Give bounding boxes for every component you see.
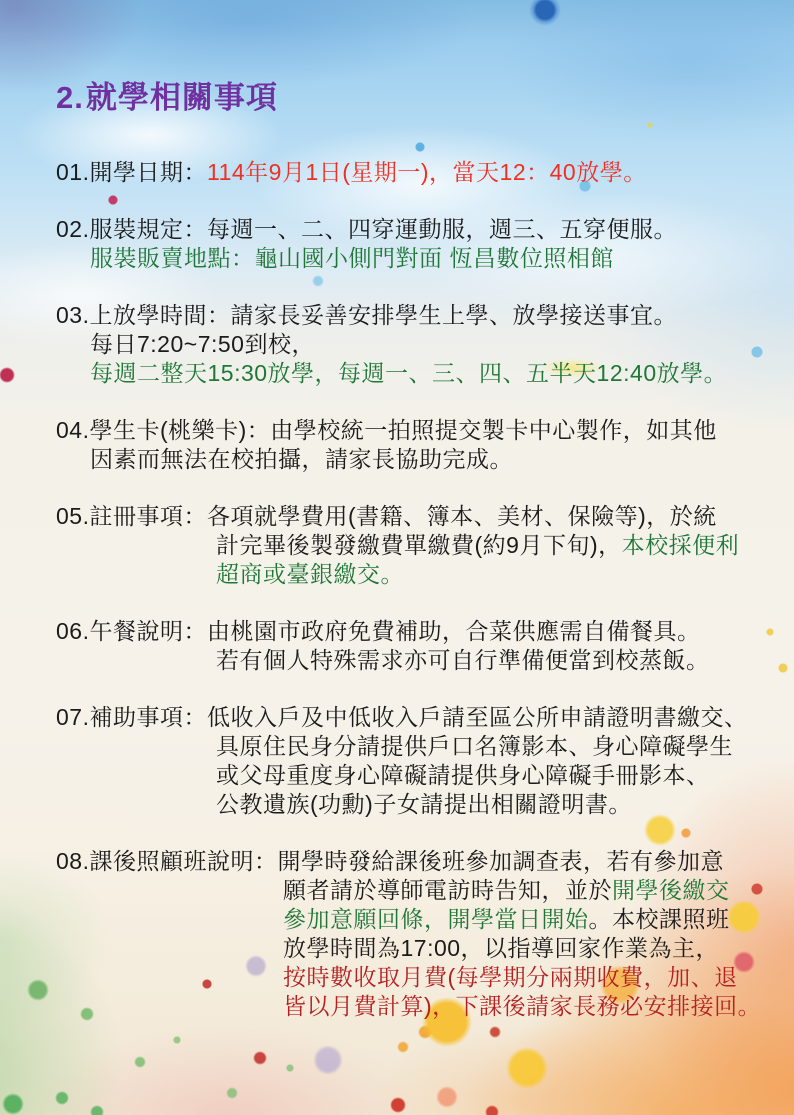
text-segment: 皆以月費計算)，下課後請家長務必安排接回。 [283, 993, 761, 1019]
item-line: 若有個人特殊需求亦可自行準備便當到校蒸飯。 [56, 646, 768, 675]
text-segment: 服裝規定：每週一、二、四穿運動服，週三、五穿便服。 [89, 216, 677, 242]
item-line: 每週二整天15:30放學，每週一、三、四、五半天12:40放學。 [56, 359, 768, 388]
text-segment: 超商或臺銀繳交。 [216, 561, 404, 587]
text-segment: 公教遺族(功勳)子女請提出相關證明書。 [216, 791, 632, 817]
item-number: 04. [56, 417, 89, 443]
item-number: 02. [56, 216, 89, 242]
item-line: 05.註冊事項：各項就學費用(書籍、簿本、美材、保險等)，於統 [56, 502, 768, 531]
text-segment: 服裝販賣地點：龜山國小側門對面 恆昌數位照相館 [90, 245, 614, 271]
text-segment: 上放學時間：請家長妥善安排學生上學、放學接送事宜。 [89, 302, 677, 328]
text-segment: 願者請於導師電訪時告知，並於 [283, 877, 612, 903]
item-line: 01.開學日期：114年9月1日(星期一)，當天12：40放學。 [56, 158, 768, 187]
text-segment: 計完畢後製發繳費單繳費(約9月下旬)， [216, 532, 622, 558]
item-line: 按時數收取月費(每學期分兩期收費，加、退 [56, 963, 768, 992]
item-line: 服裝販賣地點：龜山國小側門對面 恆昌數位照相館 [56, 244, 768, 273]
item-number: 08. [56, 848, 89, 874]
item-line: 02.服裝規定：每週一、二、四穿運動服，週三、五穿便服。 [56, 215, 768, 244]
item-line: 參加意願回條，開學當日開始。本校課照班 [56, 905, 768, 934]
item-line: 計完畢後製發繳費單繳費(約9月下旬)，本校採便利 [56, 531, 768, 560]
text-segment: 課後照顧班說明：開學時發給課後班參加調查表，若有參加意 [89, 848, 724, 874]
item-line: 超商或臺銀繳交。 [56, 560, 768, 589]
text-segment: 具原住民身分請提供戶口名簿影本、身心障礙學生 [216, 733, 733, 759]
notice-page: 2.就學相關事項 01.開學日期：114年9月1日(星期一)，當天12：40放學… [0, 0, 794, 1115]
item-line: 願者請於導師電訪時告知，並於開學後繳交 [56, 876, 768, 905]
text-segment: 每週二整天15:30放學，每週一、三、四、五半天12:40放學。 [90, 360, 727, 386]
text-segment: 本校採便利 [622, 532, 740, 558]
text-segment: 參加意願回條，開學當日開始 [283, 906, 589, 932]
text-segment: 。本校課照班 [589, 906, 730, 932]
text-segment: 補助事項：低收入戶及中低收入戶請至區公所申請證明書繳交、 [89, 704, 747, 730]
item-line: 因素而無法在校拍攝，請家長協助完成。 [56, 445, 768, 474]
text-segment: 若有個人特殊需求亦可自行準備便當到校蒸飯。 [216, 647, 710, 673]
text-segment: 開學日期： [89, 159, 207, 185]
item-line: 每日7:20~7:50到校， [56, 330, 768, 359]
item-number: 03. [56, 302, 89, 328]
section-number: 2. [56, 80, 84, 115]
item-line: 公教遺族(功勳)子女請提出相關證明書。 [56, 790, 768, 819]
item-number: 01. [56, 159, 89, 185]
text-segment: 學生卡(桃樂卡)：由學校統一拍照提交製卡中心製作，如其他 [89, 417, 716, 443]
item-line: 07.補助事項：低收入戶及中低收入戶請至區公所申請證明書繳交、 [56, 703, 768, 732]
item-line: 或父母重度身心障礙請提供身心障礙手冊影本、 [56, 761, 768, 790]
item-line: 具原住民身分請提供戶口名簿影本、身心障礙學生 [56, 732, 768, 761]
text-segment: 開學後繳交 [612, 877, 730, 903]
item-line: 放學時間為17:00，以指導回家作業為主， [56, 934, 768, 963]
text-segment: 每日7:20~7:50到校， [90, 331, 315, 357]
text-segment: 午餐說明：由桃園市政府免費補助，合菜供應需自備餐具。 [89, 618, 700, 644]
item-line: 皆以月費計算)，下課後請家長務必安排接回。 [56, 992, 768, 1021]
item-number: 06. [56, 618, 89, 644]
item-number: 05. [56, 503, 89, 529]
notice-content: 2.就學相關事項 01.開學日期：114年9月1日(星期一)，當天12：40放學… [56, 80, 768, 1049]
text-segment: 因素而無法在校拍攝，請家長協助完成。 [90, 446, 513, 472]
notice-item-01: 01.開學日期：114年9月1日(星期一)，當天12：40放學。 [56, 158, 768, 187]
text-segment: 註冊事項：各項就學費用(書籍、簿本、美材、保險等)，於統 [89, 503, 716, 529]
notice-item-04: 04.學生卡(桃樂卡)：由學校統一拍照提交製卡中心製作，如其他 因素而無法在校拍… [56, 416, 768, 474]
item-line: 03.上放學時間：請家長妥善安排學生上學、放學接送事宜。 [56, 301, 768, 330]
notice-item-03: 03.上放學時間：請家長妥善安排學生上學、放學接送事宜。 每日7:20~7:50… [56, 301, 768, 388]
item-number: 07. [56, 704, 89, 730]
section-title: 2.就學相關事項 [56, 80, 768, 116]
notice-item-06: 06.午餐說明：由桃園市政府免費補助，合菜供應需自備餐具。 若有個人特殊需求亦可… [56, 617, 768, 675]
notice-item-02: 02.服裝規定：每週一、二、四穿運動服，週三、五穿便服。 服裝販賣地點：龜山國小… [56, 215, 768, 273]
text-segment: 放學時間為17:00，以指導回家作業為主， [283, 935, 719, 961]
item-line: 06.午餐說明：由桃園市政府免費補助，合菜供應需自備餐具。 [56, 617, 768, 646]
item-line: 08.課後照顧班說明：開學時發給課後班參加調查表，若有參加意 [56, 847, 768, 876]
text-segment: 或父母重度身心障礙請提供身心障礙手冊影本、 [216, 762, 710, 788]
section-title-text: 就學相關事項 [86, 80, 278, 115]
notice-item-05: 05.註冊事項：各項就學費用(書籍、簿本、美材、保險等)，於統 計完畢後製發繳費… [56, 502, 768, 589]
text-segment: 按時數收取月費(每學期分兩期收費，加、退 [283, 964, 738, 990]
notice-item-08: 08.課後照顧班說明：開學時發給課後班參加調查表，若有參加意 願者請於導師電訪時… [56, 847, 768, 1021]
text-segment: 114年9月1日(星期一)，當天12：40放學。 [207, 159, 647, 185]
item-line: 04.學生卡(桃樂卡)：由學校統一拍照提交製卡中心製作，如其他 [56, 416, 768, 445]
notice-item-07: 07.補助事項：低收入戶及中低收入戶請至區公所申請證明書繳交、 具原住民身分請提… [56, 703, 768, 819]
